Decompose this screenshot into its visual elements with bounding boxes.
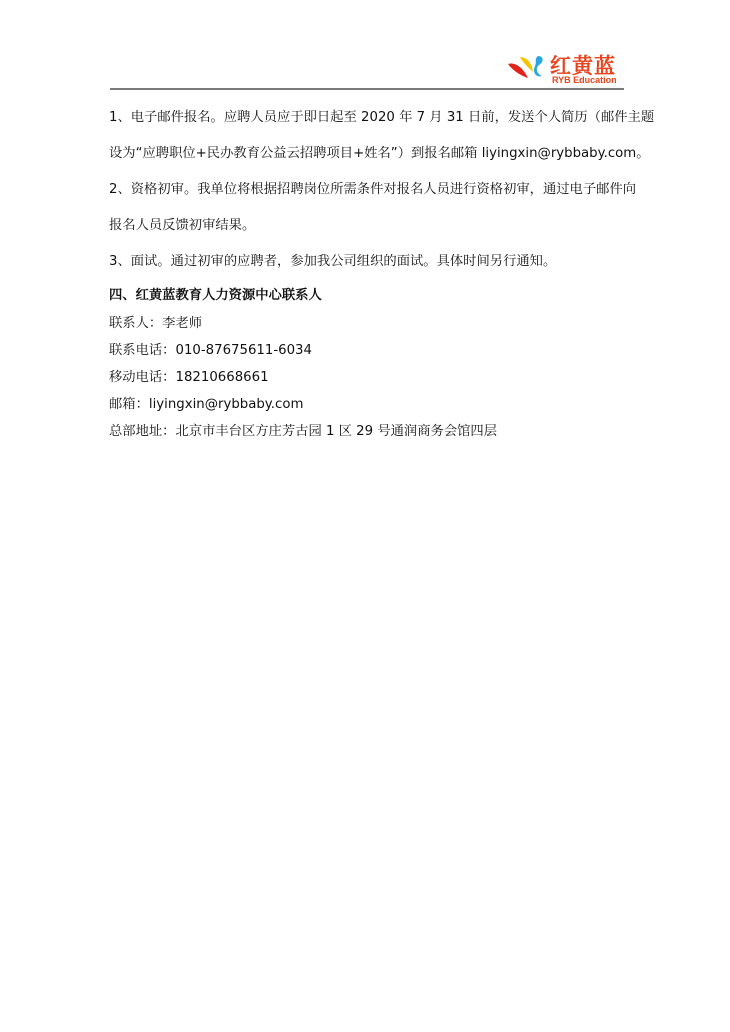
step-3-line-1: 3、面试。通过初审的应聘者，参加我公司组织的面试。具体时间另行通知。 [109,244,629,280]
header-divider [110,88,624,90]
ryb-education-logo: 红黄蓝 RYB Education [506,52,626,88]
contact-person: 联系人：李老师 [109,310,629,337]
contact-section: 四、红黄蓝教育人力资源中心联系人 联系人：李老师 联系电话：010-876756… [109,282,629,445]
step-1-line-2: 设为“应聘职位+民办教育公益云招聘项目+姓名”）到报名邮箱 liyingxin@… [109,136,629,172]
step-2-line-2: 报名人员反馈初审结果。 [109,208,629,244]
ryb-logo-mark-icon [506,54,550,82]
application-steps: 1、电子邮件报名。应聘人员应于即日起至 2020 年 7 月 31 日前，发送个… [109,100,629,280]
contact-phone: 联系电话：010-87675611-6034 [109,337,629,364]
contact-heading: 四、红黄蓝教育人力资源中心联系人 [109,282,629,310]
step-2-line-1: 2、资格初审。我单位将根据招聘岗位所需条件对报名人员进行资格初审，通过电子邮件向 [109,172,629,208]
contact-address: 总部地址：北京市丰台区方庄芳古园 1 区 29 号通润商务会馆四层 [109,418,629,445]
contact-email: 邮箱：liyingxin@rybbaby.com [109,391,629,418]
contact-mobile: 移动电话：18210668661 [109,364,629,391]
document-body: 1、电子邮件报名。应聘人员应于即日起至 2020 年 7 月 31 日前，发送个… [109,100,629,445]
page-header: 红黄蓝 RYB Education [0,0,730,95]
step-1-line-1: 1、电子邮件报名。应聘人员应于即日起至 2020 年 7 月 31 日前，发送个… [109,100,629,136]
logo-english-name: RYB Education [552,75,617,85]
